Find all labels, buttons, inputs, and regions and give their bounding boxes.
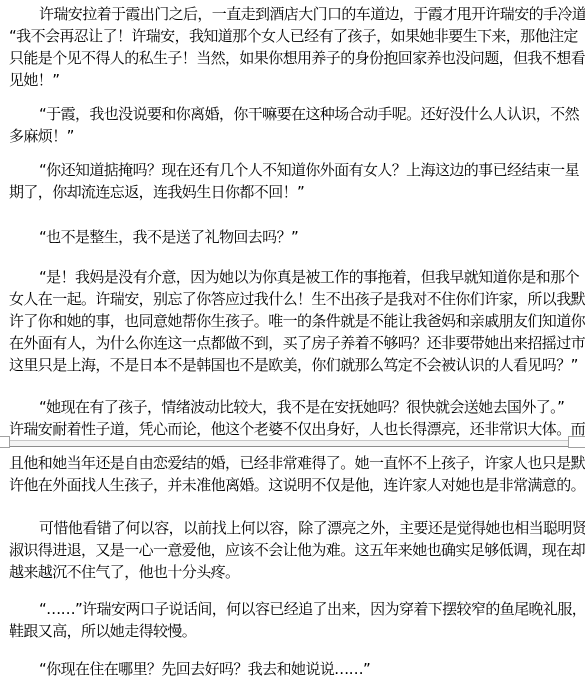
paragraph-line: 越来越沉不住气了，他也十分头疼。 (9, 561, 579, 583)
paragraph-line: 许他在外面找人生孩子，并未准他离婚。这说明不仅是他，连许家人对她也是非常满意的。 (9, 474, 579, 496)
paragraph-line: 许了你和她的事，也同意她帮你生孩子。唯一的条件就是不能让我爸妈和亲戚朋友们知道你 (9, 310, 579, 332)
paragraph-line: 这里只是上海，不是日本不是韩国也不是欧美，你们就那么笃定不会被认识的人看见吗？” (9, 354, 579, 376)
paragraph-line: 多麻烦！” (9, 125, 579, 147)
paragraph-line: “也不是整生，我不是送了礼物回去吗？” (9, 226, 585, 248)
paragraph-line: 许瑞安耐着性子道，凭心而论，他这个老婆不仅出身好，人也长得漂亮，还非常识大体。而 (9, 418, 579, 440)
paragraph-line: 可惜他看错了何以容，以前找上何以容，除了漂亮之外，主要还是觉得她也相当聪明贤 (9, 517, 585, 539)
paragraph-line: 鞋跟又高，所以她走得较慢。 (9, 620, 579, 642)
paragraph-line: 且他和她当年还是自由恋爱结的婚，已经非常难得了。她一直怀不上孩子，许家人也只是默 (9, 452, 579, 474)
paragraph-line: 只能是个见不得人的私生子！当然，如果你想用养子的身份抱回家养也没问题，但我不想看 (9, 47, 579, 69)
paragraph-line: “她现在有了孩子，情绪波动比较大，我不是在安抚她吗？很快就会送她去国外了。” (9, 396, 585, 418)
paragraph-line: 女人在一起。许瑞安，别忘了你答应过我什么！生不出孩子是我对不住你们许家，所以我默 (9, 288, 579, 310)
paragraph-line: “是！我妈是没有介意，因为她以为你真是被工作的事拖着，但我早就知道你是和那个 (9, 266, 585, 288)
paragraph-line: “……”许瑞安两口子说话间，何以容已经追了出来，因为穿着下摆较窄的鱼尾晚礼服， (9, 598, 585, 620)
paragraph-line: “我不会再忍让了！许瑞安，我知道那个女人已经有了孩子，如果她非要生下来，那他注定 (9, 25, 579, 47)
paragraph-line: “你还知道掂掩吗？现在还有几个人不知道你外面有女人？上海这边的事已经结束一星 (9, 159, 585, 181)
page-break-divider (0, 440, 585, 447)
paragraph-line: “于霞，我也没说要和你离婚，你干嘛要在这种场合动手呢。还好没什么人认识，不然 (9, 103, 585, 125)
paragraph-line: 许瑞安拉着于霞出门之后，一直走到酒店大门口的车道边，于霞才甩开许瑞安的手冷道： (9, 3, 585, 25)
paragraph-line: “你现在住在哪里？先回去好吗？我去和她说说……” (9, 658, 585, 680)
paragraph-line: 在外面有人，为什么你连这一点都做不到，买了房子养着不够吗？还非要带她出来招摇过市… (9, 332, 579, 354)
paragraph-line: 期了，你却流连忘返，连我妈生日你都不回！” (9, 181, 579, 203)
paragraph-line: 见她！” (9, 69, 579, 91)
paragraph-line: 淑识得进退，又是一心一意爱他，应该不会让他为难。这五年来她也确实足够低调，现在却 (9, 539, 579, 561)
